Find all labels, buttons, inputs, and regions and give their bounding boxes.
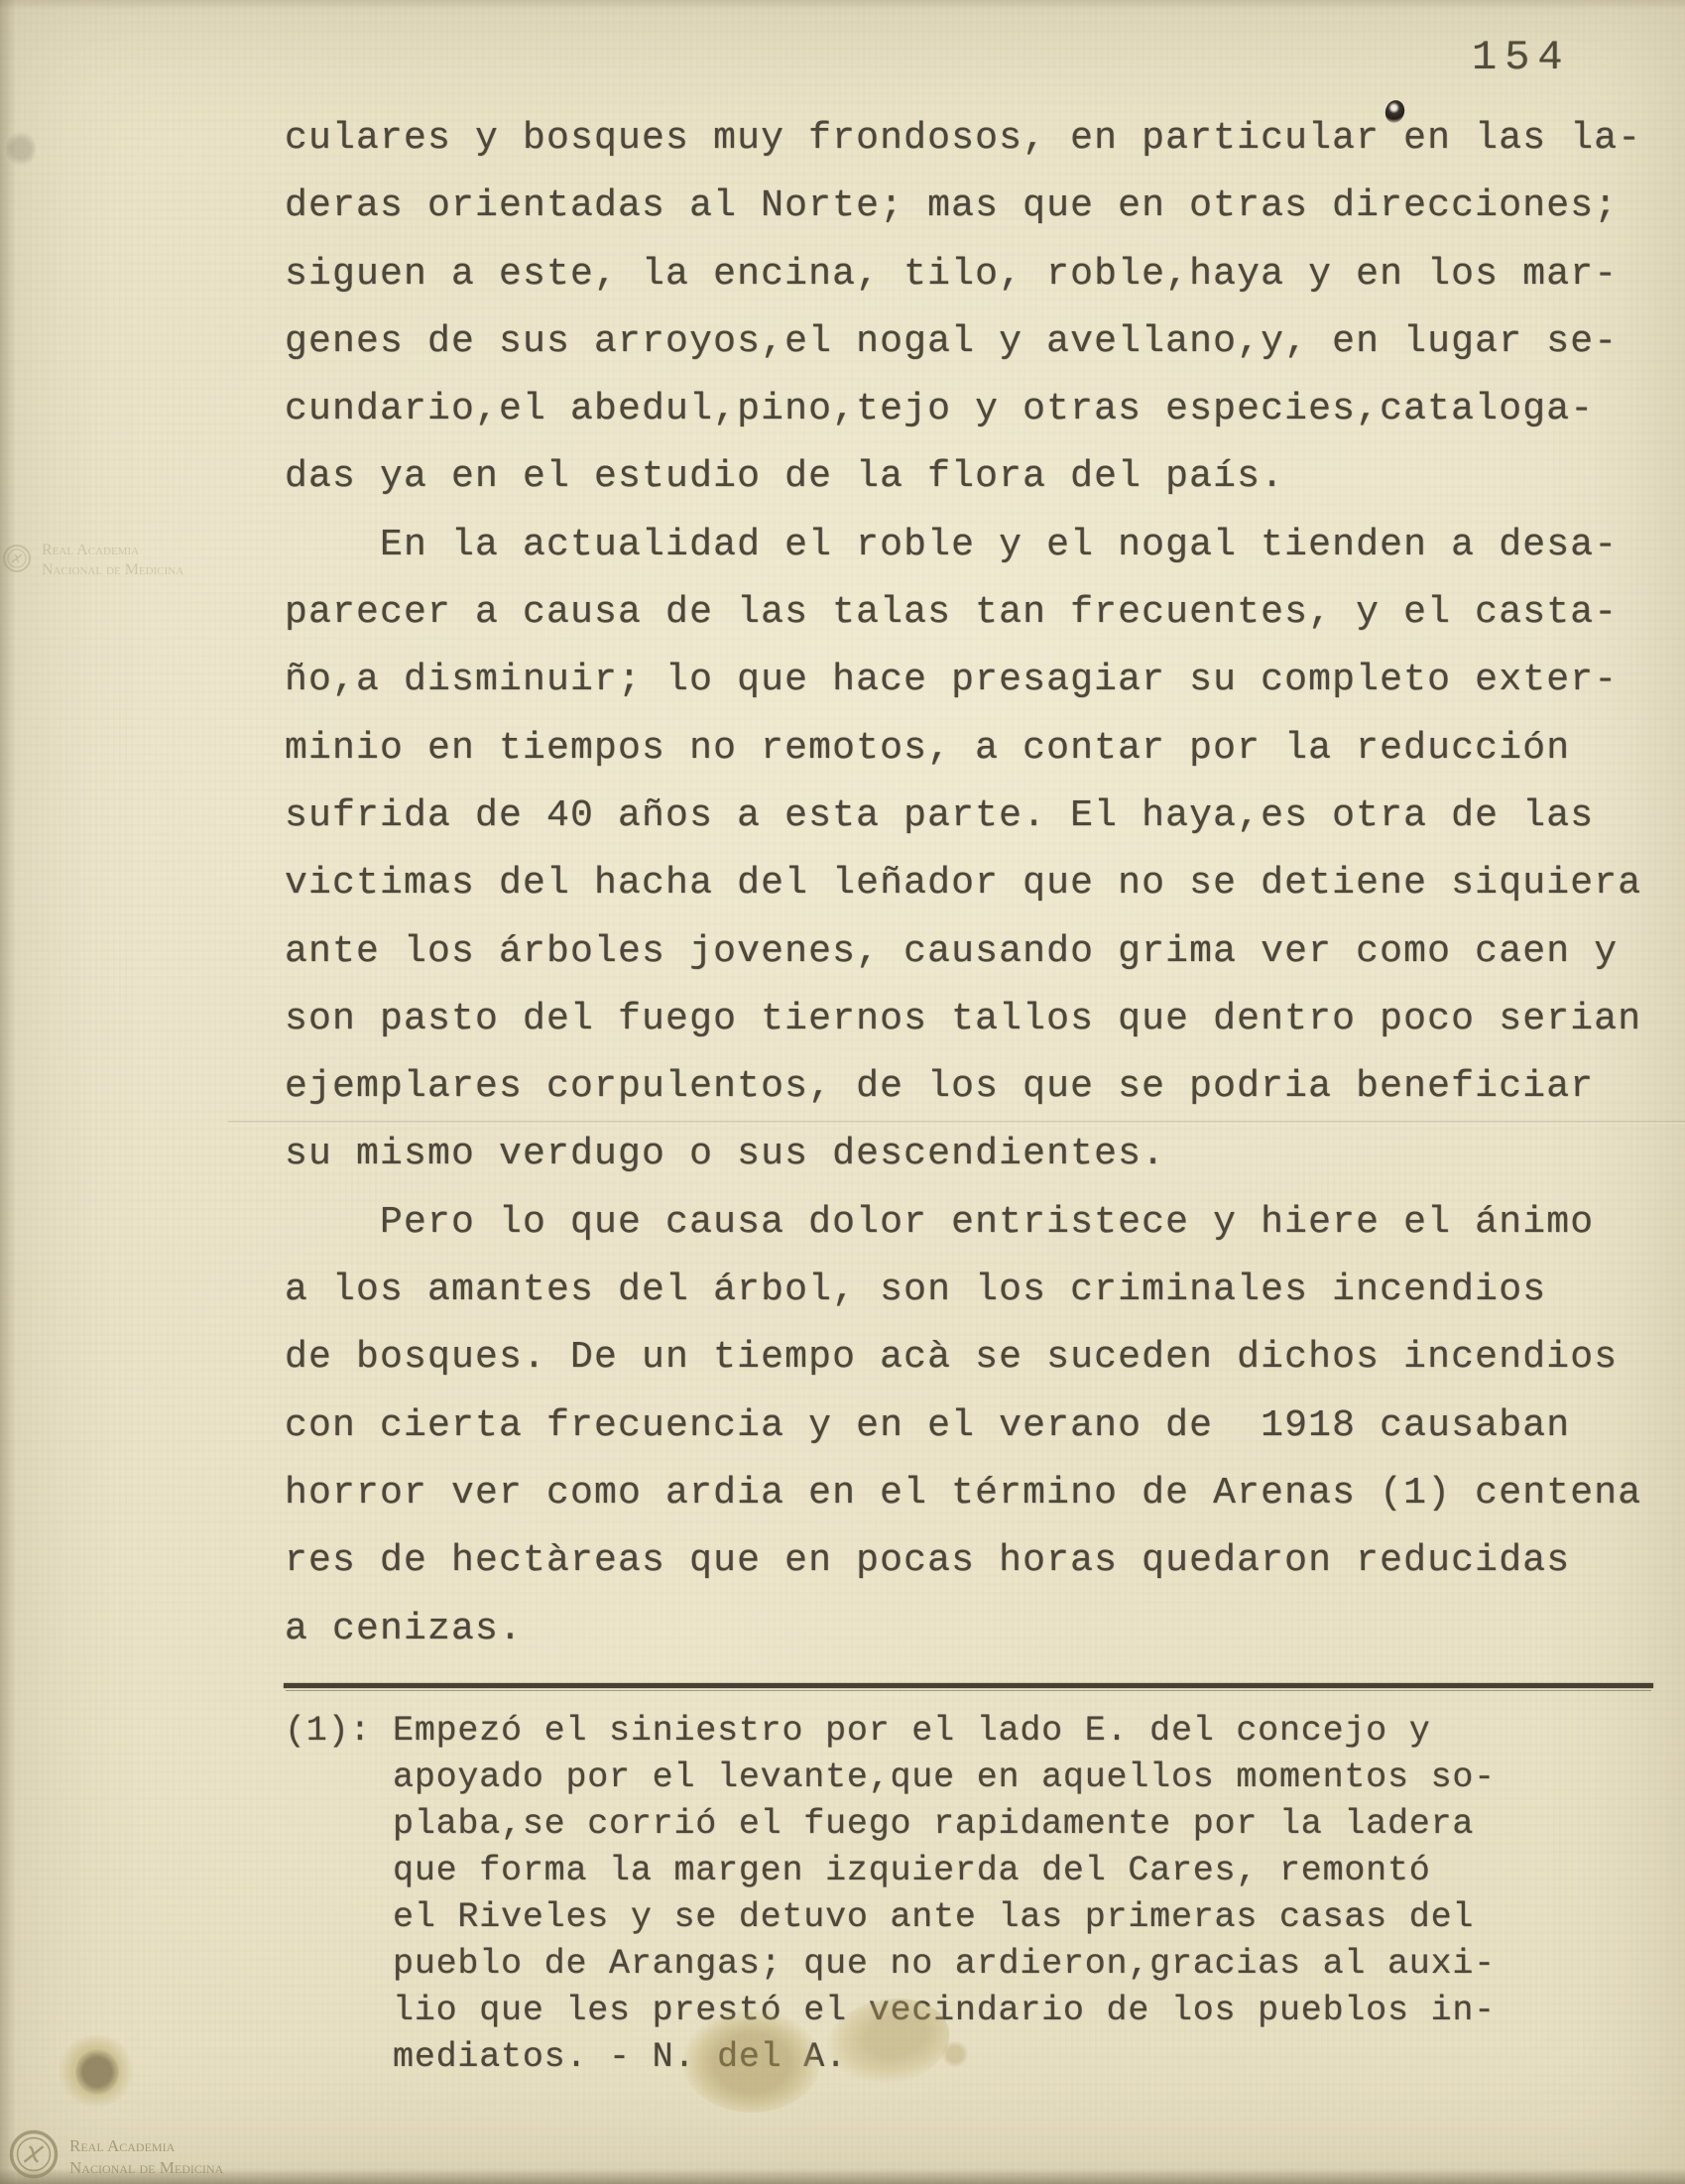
text-line: ante los árboles jovenes, causando grima… <box>285 918 1673 986</box>
text-line: con cierta frecuencia y en el verano de … <box>285 1393 1673 1460</box>
text-line: son pasto del fuego tiernos tallos que d… <box>285 986 1673 1053</box>
text-line: minio en tiempos no remotos, a contar po… <box>285 715 1673 783</box>
text-line: genes de sus arroyos,el nogal y avellano… <box>285 308 1673 376</box>
footnote: (1): Empezó el siniestro por el lado E. … <box>285 1708 1673 2081</box>
text-line: ejemplares corpulentos, de los que se po… <box>285 1053 1673 1121</box>
page-number: 154 <box>1472 34 1571 81</box>
text-line: parecer a causa de las talas tan frecuen… <box>285 579 1673 647</box>
text-line: deras orientadas al Norte; mas que en ot… <box>285 173 1673 240</box>
scan-edge-bottom <box>0 2168 1685 2184</box>
text-line: horror ver como ardia en el término de A… <box>285 1460 1673 1527</box>
footnote-rule <box>284 1683 1653 1688</box>
text-line: res de hectàreas que en pocas horas qued… <box>285 1527 1673 1595</box>
text-line: a los amantes del árbol, son los crimina… <box>285 1257 1673 1324</box>
footnote-line: apoyado por el levante,que en aquellos m… <box>285 1755 1673 1801</box>
text-line: cundario,el abedul,pino,tejo y otras esp… <box>285 376 1673 443</box>
text-line: das ya en el estudio de la flora del paí… <box>285 443 1673 511</box>
footnote-line: mediatos. - N. del A. <box>285 2034 1673 2081</box>
footnote-line: lio que les prestó el vecindario de los … <box>285 1988 1673 2034</box>
scan-edge-left <box>0 0 16 2184</box>
footnote-line: el Riveles y se detuvo ante las primeras… <box>285 1894 1673 1941</box>
text-line: su mismo verdugo o sus descendientes. <box>285 1121 1673 1188</box>
text-line: victimas del hacha del leñador que no se… <box>285 850 1673 917</box>
footnote-line: que forma la margen izquierda del Cares,… <box>285 1848 1673 1894</box>
footnote-line: (1): Empezó el siniestro por el lado E. … <box>285 1708 1673 1755</box>
footnote-line: plaba,se corrió el fuego rapidamente por… <box>285 1801 1673 1848</box>
footnote-line: pueblo de Arangas; que no ardieron,graci… <box>285 1941 1673 1988</box>
text-line: siguen a este, la encina, tilo, roble,ha… <box>285 241 1673 308</box>
text-line: Pero lo que causa dolor entristece y hie… <box>285 1189 1673 1257</box>
text-line: de bosques. De un tiempo acà se suceden … <box>285 1324 1673 1392</box>
text-line: culares y bosques muy frondosos, en part… <box>285 105 1673 173</box>
text-line: En la actualidad el roble y el nogal tie… <box>285 512 1673 579</box>
scan-edge-top <box>0 0 1685 10</box>
scanned-typewritten-page: { "page": { "number": "154", "language":… <box>0 0 1685 2184</box>
body-text: culares y bosques muy frondosos, en part… <box>285 105 1673 1663</box>
text-line: sufrida de 40 años a esta parte. El haya… <box>285 783 1673 850</box>
text-line: a cenizas. <box>285 1596 1673 1663</box>
text-line: ño,a disminuir; lo que hace presagiar su… <box>285 647 1673 714</box>
